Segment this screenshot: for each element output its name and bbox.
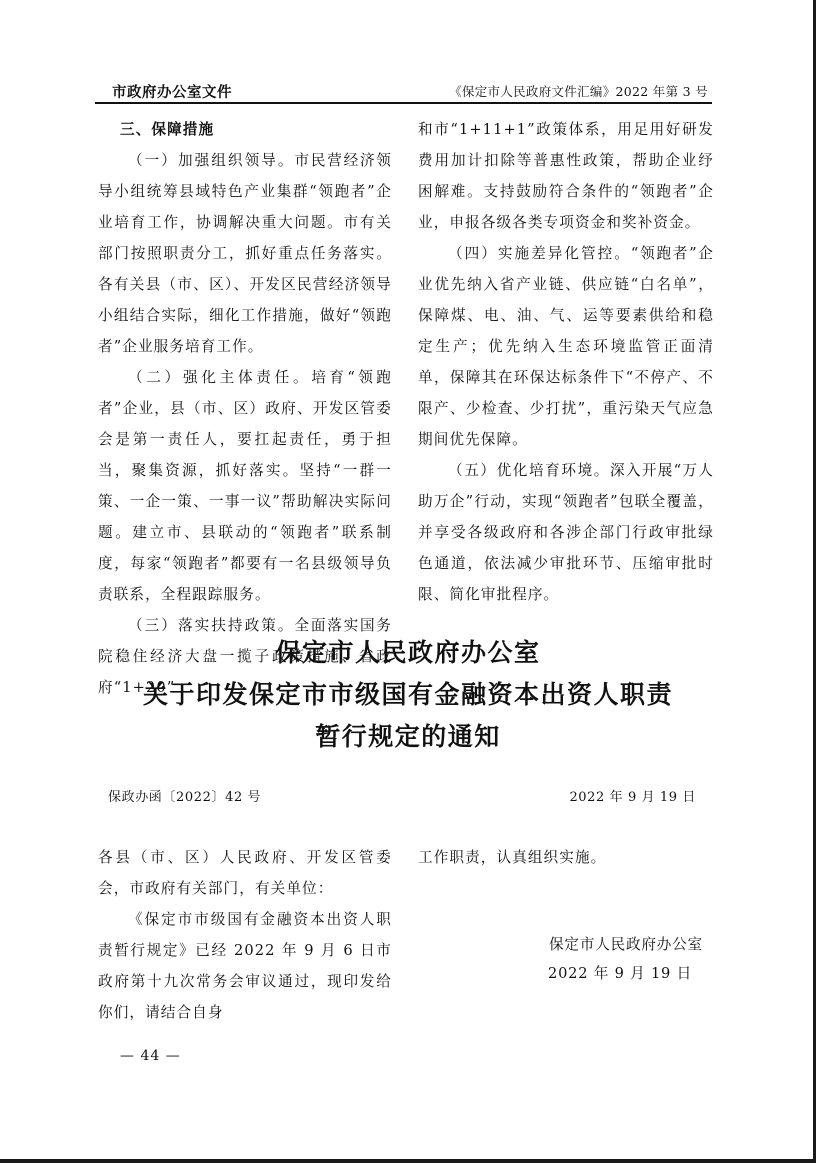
measure-item-5: （五）优化培育环境。深入开展“万人助万企”行动，实现“领跑者”包联全覆盖，并享受… — [418, 455, 714, 610]
measure-item-head: （一）加强组织领导。 — [128, 152, 295, 169]
signature-date: 2022 年 9 月 19 日 — [520, 959, 720, 988]
measure-item-3-continued: 和市“1+11+1”政策体系，用足用好研发费用加计扣除等普惠性政策，帮助企业纾困… — [418, 114, 714, 238]
measure-item-4: （四）实施差异化管控。“领跑者”企业优先纳入省产业链、供应链“白名单”，保障煤、… — [418, 238, 714, 455]
notice-body: 《保定市市级国有金融资本出资人职责暂行规定》已经 2022 年 9 月 6 日市… — [98, 904, 392, 1028]
measure-item-body: 深入开展“万人助万企”行动，实现“领跑者”包联全覆盖，并享受各级政府和各涉企部门… — [418, 462, 714, 603]
measure-item-2: （二）强化主体责任。培育“领跑者”企业，县（市、区）政府、开发区管委会是第一责任… — [98, 362, 392, 610]
measure-item-head: （五）优化培育环境。 — [448, 462, 610, 479]
measure-item-body: 市民营经济领导小组统筹县域特色产业集群“领跑者”企业培育工作，协调解决重大问题。… — [98, 152, 392, 355]
running-header-right: 《保定市人民政府文件汇编》2022 年第 3 号 — [449, 82, 708, 100]
notice-title: 保定市人民政府办公室 关于印发保定市市级国有金融资本出资人职责 暂行规定的通知 — [60, 632, 756, 758]
section-heading: 三、保障措施 — [98, 114, 392, 145]
notice-title-line-3: 暂行规定的通知 — [60, 716, 756, 758]
addressee: 各县（市、区）人民政府、开发区管委会，市政府有关部门，有关单位： — [98, 842, 392, 904]
measure-item-head: （四）实施差异化管控。 — [448, 245, 631, 262]
notice-right-column: 工作职责，认真组织实施。 — [418, 842, 714, 873]
document-number: 保政办函〔2022〕42 号 — [108, 786, 261, 805]
previous-document-right-column: 和市“1+11+1”政策体系，用足用好研发费用加计扣除等普惠性政策，帮助企业纾困… — [418, 114, 714, 610]
signature-block: 保定市人民政府办公室 2022 年 9 月 19 日 — [520, 930, 720, 988]
notice-left-column: 各县（市、区）人民政府、开发区管委会，市政府有关部门，有关单位： 《保定市市级国… — [98, 842, 392, 1028]
measure-item-body: “领跑者”企业优先纳入省产业链、供应链“白名单”，保障煤、电、油、气、运等要素供… — [418, 245, 714, 448]
notice-title-line-2: 关于印发保定市市级国有金融资本出资人职责 — [60, 674, 756, 716]
issue-date: 2022 年 9 月 19 日 — [569, 786, 696, 805]
running-header: 市政府办公室文件 《保定市人民政府文件汇编》2022 年第 3 号 — [95, 78, 712, 104]
page-number: — 44 — — [120, 1048, 181, 1064]
notice-title-line-1: 保定市人民政府办公室 — [60, 632, 756, 674]
measure-item-body: 培育“领跑者”企业，县（市、区）政府、开发区管委会是第一责任人，要扛起责任，勇于… — [98, 369, 392, 603]
measure-item-1: （一）加强组织领导。市民营经济领导小组统筹县域特色产业集群“领跑者”企业培育工作… — [98, 145, 392, 362]
notice-body-continued: 工作职责，认真组织实施。 — [418, 842, 714, 873]
signature-org: 保定市人民政府办公室 — [520, 930, 720, 959]
running-header-left: 市政府办公室文件 — [112, 81, 232, 102]
measure-item-head: （二）强化主体责任。 — [128, 369, 311, 386]
scan-edge-bottom — [0, 1159, 816, 1163]
previous-document-left-column: 三、保障措施 （一）加强组织领导。市民营经济领导小组统筹县域特色产业集群“领跑者… — [98, 114, 392, 703]
